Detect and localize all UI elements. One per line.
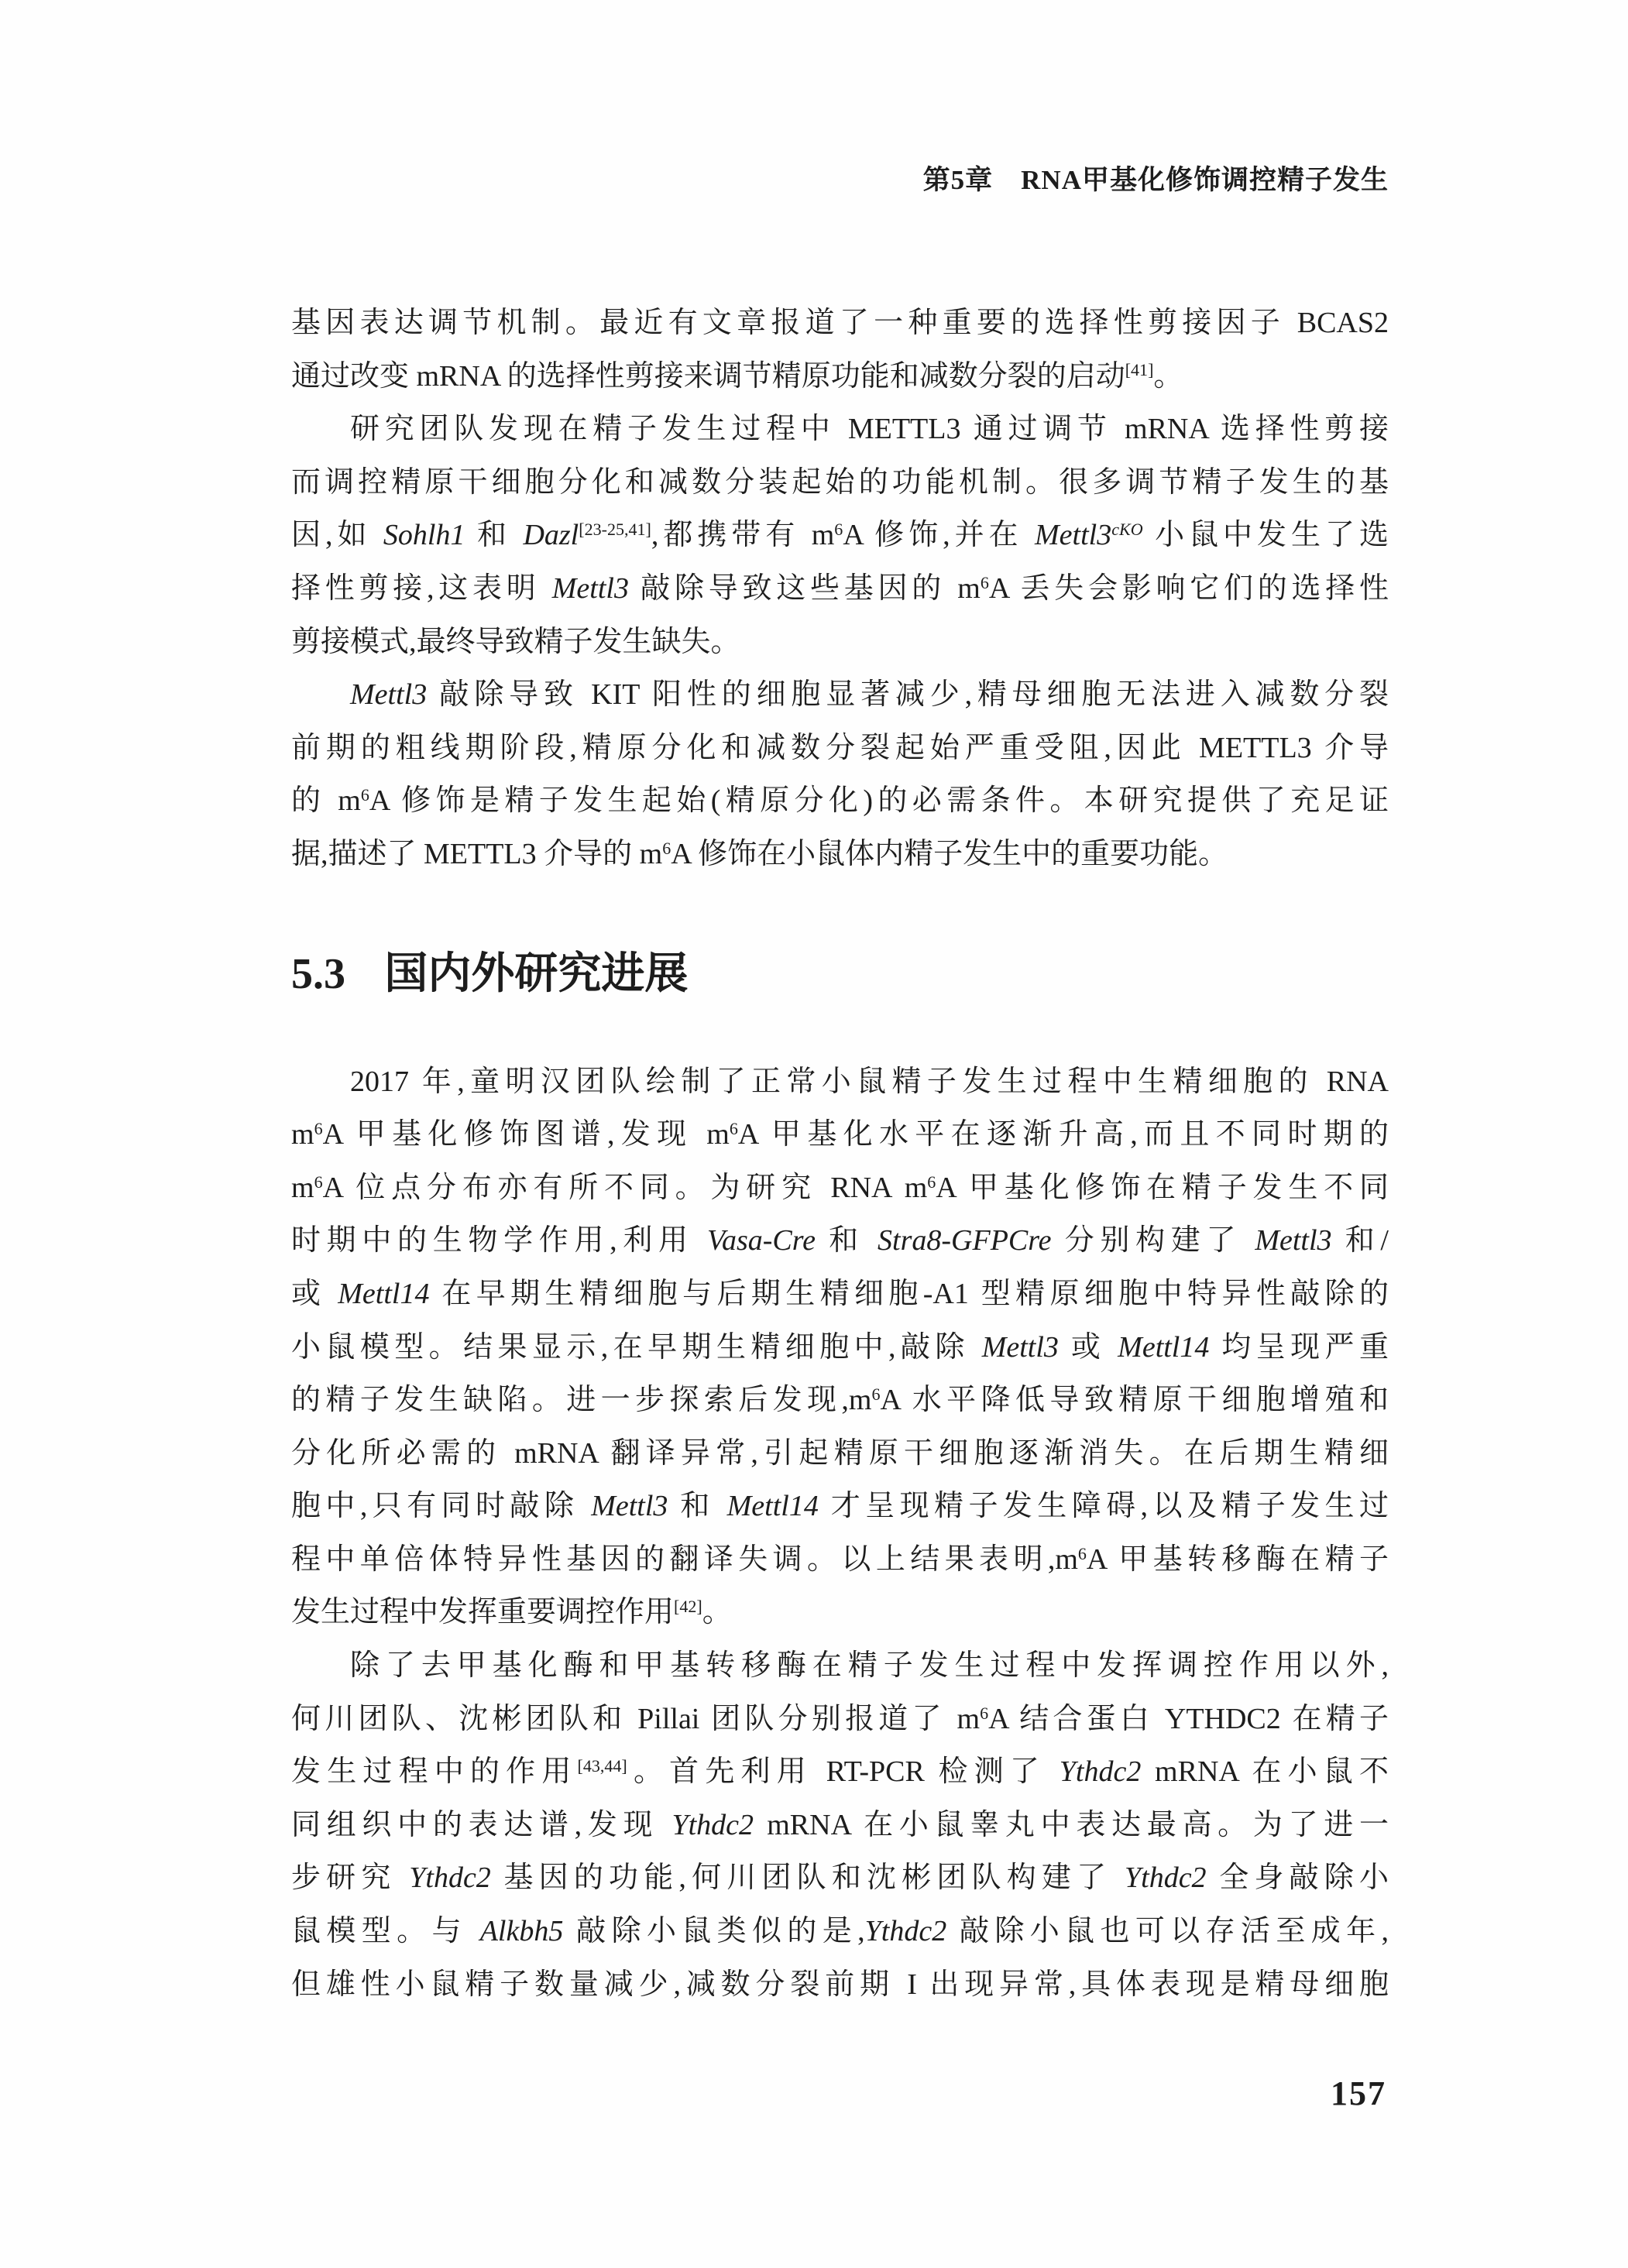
- superscript: cKO: [1111, 520, 1142, 539]
- superscript: [43,44]: [578, 1756, 627, 1776]
- text-run: 而调控精原干细胞分化和减数分装起始的功能机制。很多调节精子发生的基: [291, 466, 1389, 499]
- paragraph: 基因表达调节机制。最近有文章报道了一种重要的选择性剪接因子 BCAS2通过改变 …: [291, 297, 1389, 403]
- text-run: A 位点分布亦有所不同。为研究 RNA m: [323, 1172, 928, 1204]
- gene-name: Mettl3: [591, 1490, 668, 1522]
- text-line: 的精子发生缺陷。进一步探索后发现,m6A 水平降低导致精原干细胞增殖和: [291, 1374, 1389, 1427]
- text-run: 发生过程中发挥重要调控作用: [291, 1596, 674, 1628]
- gene-name: Ythdc2: [865, 1915, 947, 1947]
- paragraph: Mettl3 敲除导致 KIT 阳性的细胞显著减少,精母细胞无法进入减数分裂前期…: [291, 668, 1389, 880]
- superscript: 6: [927, 1172, 936, 1192]
- superscript: [42]: [674, 1597, 702, 1616]
- text-run: 和: [465, 519, 523, 551]
- text-run: 时期中的生物学作用,利用: [291, 1224, 707, 1257]
- section-number: 5.3: [291, 950, 345, 998]
- text-run: A 修饰是精子发生起始(精原分化)的必需条件。本研究提供了充足证: [369, 784, 1389, 817]
- text-run: 同组织中的表达谱,发现: [291, 1809, 671, 1841]
- text-run: 和: [668, 1490, 726, 1522]
- gene-name: Mettl14: [1118, 1331, 1209, 1364]
- text-run: mRNA 在小鼠睾丸中表达最高。为了进一: [754, 1809, 1389, 1841]
- superscript: 6: [361, 785, 369, 805]
- superscript: 6: [314, 1172, 323, 1192]
- gene-name: Ythdc2: [409, 1861, 491, 1894]
- text-line: 程中单倍体特异性基因的翻译失调。以上结果表明,m6A 甲基转移酶在精子: [291, 1533, 1389, 1587]
- superscript: 6: [730, 1119, 738, 1138]
- text-run: 的 m: [291, 784, 361, 817]
- text-line: m6A 位点分布亦有所不同。为研究 RNA m6A 甲基化修饰在精子发生不同: [291, 1161, 1389, 1215]
- section-heading: 5.3国内外研究进展: [291, 945, 1389, 1004]
- text-run: 前期的粗线期阶段,精原分化和减数分裂起始严重受阻,因此 METTL3 介导: [291, 732, 1389, 764]
- text-run: 小鼠中发生了选: [1143, 519, 1389, 551]
- text-run: 。首先利用 RT-PCR 检测了: [627, 1755, 1060, 1788]
- text-line: 时期中的生物学作用,利用 Vasa-Cre 和 Stra8-GFPCre 分别构…: [291, 1214, 1389, 1268]
- text-line: 剪接模式,最终导致精子发生缺失。: [291, 616, 1389, 669]
- text-line: 研究团队发现在精子发生过程中 METTL3 通过调节 mRNA 选择性剪接: [291, 403, 1389, 456]
- text-run: 在早期生精细胞与后期生精细胞-A1 型精原细胞中特异性敲除的: [429, 1278, 1389, 1310]
- text-line: 发生过程中的作用[43,44]。首先利用 RT-PCR 检测了 Ythdc2 m…: [291, 1745, 1389, 1799]
- section-title: 国内外研究进展: [384, 950, 688, 998]
- gene-name: Mettl14: [727, 1490, 819, 1522]
- text-run: 敲除导致这些基因的 m: [629, 572, 981, 605]
- text-line: 发生过程中发挥重要调控作用[42]。: [291, 1586, 1389, 1639]
- gene-name: Dazl: [523, 519, 579, 551]
- text-line: 基因表达调节机制。最近有文章报道了一种重要的选择性剪接因子 BCAS2: [291, 297, 1389, 350]
- text-run: 。: [702, 1596, 732, 1628]
- gene-name: Ythdc2: [671, 1809, 754, 1841]
- superscript: 6: [662, 839, 671, 858]
- text-run: 据,描述了 METTL3 介导的 m: [291, 838, 662, 870]
- text-run: 才呈现精子发生障碍,以及精子发生过: [819, 1490, 1389, 1522]
- text-line: Mettl3 敲除导致 KIT 阳性的细胞显著减少,精母细胞无法进入减数分裂: [291, 668, 1389, 722]
- text-line: 何川团队、沈彬团队和 Pillai 团队分别报道了 m6A 结合蛋白 YTHDC…: [291, 1693, 1389, 1746]
- text-run: 基因的功能,何川团队和沈彬团队构建了: [491, 1861, 1125, 1894]
- text-line: 通过改变 mRNA 的选择性剪接来调节精原功能和减数分裂的启动[41]。: [291, 350, 1389, 403]
- gene-name: Mettl3: [552, 572, 629, 605]
- text-run: ,都携带有 m: [651, 519, 834, 551]
- gene-name: Mettl3: [982, 1331, 1059, 1364]
- page-body: 基因表达调节机制。最近有文章报道了一种重要的选择性剪接因子 BCAS2通过改变 …: [291, 297, 1389, 2011]
- superscript: 6: [980, 1704, 988, 1723]
- text-line: 据,描述了 METTL3 介导的 m6A 修饰在小鼠体内精子发生中的重要功能。: [291, 828, 1389, 881]
- text-run: 敲除小鼠也可以存活至成年,: [946, 1915, 1389, 1947]
- text-run: 但雄性小鼠精子数量减少,减数分裂前期 I 出现异常,具体表现是精母细胞: [291, 1968, 1389, 2001]
- text-run: 基因表达调节机制。最近有文章报道了一种重要的选择性剪接因子 BCAS2: [291, 307, 1389, 339]
- paragraph: 除了去甲基化酶和甲基转移酶在精子发生过程中发挥调控作用以外,何川团队、沈彬团队和…: [291, 1639, 1389, 2011]
- gene-name: Ythdc2: [1060, 1755, 1142, 1788]
- text-run: 敲除导致 KIT 阳性的细胞显著减少,精母细胞无法进入减数分裂: [427, 678, 1389, 711]
- text-run: 和: [816, 1224, 878, 1257]
- superscript: 6: [981, 573, 989, 592]
- text-line: m6A 甲基化修饰图谱,发现 m6A 甲基化水平在逐渐升高,而且不同时期的: [291, 1108, 1389, 1161]
- text-line: 同组织中的表达谱,发现 Ythdc2 mRNA 在小鼠睾丸中表达最高。为了进一: [291, 1799, 1389, 1852]
- gene-name: Stra8-GFPCre: [878, 1224, 1051, 1257]
- text-run: A 修饰在小鼠体内精子发生中的重要功能。: [671, 838, 1228, 870]
- text-run: 和/: [1332, 1224, 1389, 1257]
- gene-name: Alkbh5: [480, 1915, 564, 1947]
- text-line: 胞中,只有同时敲除 Mettl3 和 Mettl14 才呈现精子发生障碍,以及精…: [291, 1480, 1389, 1533]
- text-line: 前期的粗线期阶段,精原分化和减数分裂起始严重受阻,因此 METTL3 介导: [291, 722, 1389, 775]
- text-run: A 甲基转移酶在精子: [1087, 1543, 1389, 1576]
- gene-name: Vasa-Cre: [707, 1224, 816, 1257]
- paragraph: 2017 年,童明汉团队绘制了正常小鼠精子发生过程中生精细胞的 RNAm6A 甲…: [291, 1055, 1389, 1640]
- text-line: 分化所必需的 mRNA 翻译异常,引起精原干细胞逐渐消失。在后期生精细: [291, 1427, 1389, 1481]
- text-run: m: [291, 1172, 314, 1204]
- text-run: 全身敲除小: [1207, 1861, 1389, 1894]
- text-run: A 甲基化修饰在精子发生不同: [936, 1172, 1389, 1204]
- text-run: 小鼠模型。结果显示,在早期生精细胞中,敲除: [291, 1331, 982, 1364]
- gene-name: Sohlh1: [383, 519, 465, 551]
- gene-name: Mettl3: [1255, 1224, 1331, 1257]
- text-run: 分别构建了: [1052, 1224, 1255, 1257]
- text-run: A 甲基化水平在逐渐升高,而且不同时期的: [738, 1118, 1389, 1151]
- text-run: 何川团队、沈彬团队和 Pillai 团队分别报道了 m: [291, 1703, 980, 1735]
- superscript: [23-25,41]: [579, 520, 651, 539]
- superscript: 6: [1078, 1544, 1087, 1563]
- paragraph: 研究团队发现在精子发生过程中 METTL3 通过调节 mRNA 选择性剪接而调控…: [291, 403, 1389, 668]
- text-line: 步研究 Ythdc2 基因的功能,何川团队和沈彬团队构建了 Ythdc2 全身敲…: [291, 1851, 1389, 1905]
- text-run: A 甲基化修饰图谱,发现 m: [323, 1118, 730, 1151]
- superscript: [41]: [1125, 360, 1154, 379]
- superscript: 6: [872, 1384, 881, 1404]
- text-run: A 水平降低导致精原干细胞增殖和: [881, 1384, 1389, 1416]
- text-line: 2017 年,童明汉团队绘制了正常小鼠精子发生过程中生精细胞的 RNA: [291, 1055, 1389, 1109]
- text-run: 通过改变 mRNA 的选择性剪接来调节精原功能和减数分裂的启动: [291, 360, 1125, 393]
- text-line: 因,如 Sohlh1 和 Dazl[23-25,41],都携带有 m6A 修饰,…: [291, 509, 1389, 562]
- gene-name: Mettl14: [338, 1278, 429, 1310]
- text-line: 小鼠模型。结果显示,在早期生精细胞中,敲除 Mettl3 或 Mettl14 均…: [291, 1321, 1389, 1374]
- text-run: 胞中,只有同时敲除: [291, 1490, 591, 1522]
- text-run: A 修饰,并在: [843, 519, 1035, 551]
- text-line: 但雄性小鼠精子数量减少,减数分裂前期 I 出现异常,具体表现是精母细胞: [291, 1958, 1389, 2012]
- text-run: 步研究: [291, 1861, 409, 1894]
- page-number: 157: [1331, 2077, 1386, 2111]
- gene-name: Mettl3: [1035, 519, 1111, 551]
- document-page: 第5章 RNA甲基化修饰调控精子发生 基因表达调节机制。最近有文章报道了一种重要…: [0, 0, 1628, 2268]
- text-run: 2017 年,童明汉团队绘制了正常小鼠精子发生过程中生精细胞的 RNA: [350, 1065, 1389, 1098]
- text-run: 鼠模型。与: [291, 1915, 480, 1947]
- running-header: 第5章 RNA甲基化修饰调控精子发生: [923, 163, 1389, 198]
- text-run: A 结合蛋白 YTHDC2 在精子: [988, 1703, 1389, 1735]
- text-run: mRNA 在小鼠不: [1141, 1755, 1389, 1788]
- text-line: 择性剪接,这表明 Mettl3 敲除导致这些基因的 m6A 丢失会影响它们的选择…: [291, 562, 1389, 616]
- text-run: 因,如: [291, 519, 383, 551]
- text-run: 发生过程中的作用: [291, 1755, 578, 1788]
- text-run: m: [291, 1118, 314, 1151]
- text-line: 除了去甲基化酶和甲基转移酶在精子发生过程中发挥调控作用以外,: [291, 1639, 1389, 1693]
- text-run: 程中单倍体特异性基因的翻译失调。以上结果表明,m: [291, 1543, 1078, 1576]
- text-run: 的精子发生缺陷。进一步探索后发现,m: [291, 1384, 872, 1416]
- text-run: 研究团队发现在精子发生过程中 METTL3 通过调节 mRNA 选择性剪接: [350, 413, 1389, 445]
- text-line: 的 m6A 修饰是精子发生起始(精原分化)的必需条件。本研究提供了充足证: [291, 774, 1389, 828]
- gene-name: Mettl3: [350, 678, 427, 711]
- text-run: 敲除小鼠类似的是,: [563, 1915, 864, 1947]
- text-run: 。: [1153, 360, 1183, 393]
- text-run: 剪接模式,最终导致精子发生缺失。: [291, 626, 740, 658]
- text-run: 或: [291, 1278, 338, 1310]
- superscript: 6: [834, 520, 843, 539]
- text-run: A 丢失会影响它们的选择性: [989, 572, 1389, 605]
- text-run: 除了去甲基化酶和甲基转移酶在精子发生过程中发挥调控作用以外,: [350, 1649, 1389, 1682]
- gene-name: Ythdc2: [1125, 1861, 1207, 1894]
- text-line: 或 Mettl14 在早期生精细胞与后期生精细胞-A1 型精原细胞中特异性敲除的: [291, 1268, 1389, 1321]
- text-run: 或: [1059, 1331, 1118, 1364]
- superscript: 6: [314, 1119, 323, 1138]
- text-line: 鼠模型。与 Alkbh5 敲除小鼠类似的是,Ythdc2 敲除小鼠也可以存活至成…: [291, 1905, 1389, 1958]
- text-run: 分化所必需的 mRNA 翻译异常,引起精原干细胞逐渐消失。在后期生精细: [291, 1437, 1389, 1470]
- text-run: 择性剪接,这表明: [291, 572, 552, 605]
- text-line: 而调控精原干细胞分化和减数分装起始的功能机制。很多调节精子发生的基: [291, 456, 1389, 510]
- text-run: 均呈现严重: [1209, 1331, 1389, 1364]
